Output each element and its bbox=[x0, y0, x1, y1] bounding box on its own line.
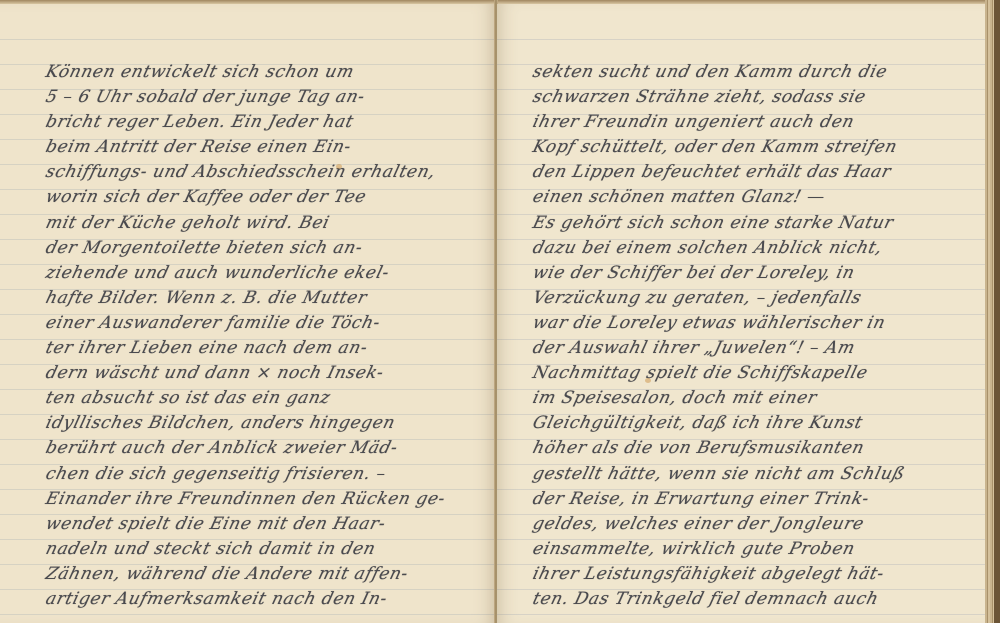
paper-stain bbox=[645, 378, 651, 383]
handwritten-line: der Reise, in Erwartung einer Trink- bbox=[494, 487, 988, 512]
handwritten-line: einsammelte, wirklich gute Proben bbox=[494, 537, 988, 562]
handwritten-line: ihrer Leistungsfähigkeit abgelegt hät- bbox=[494, 562, 988, 587]
handwritten-line: ter ihrer Lieben eine nach dem an- bbox=[0, 336, 498, 361]
handwritten-line: der Morgentoilette bieten sich an- bbox=[0, 236, 498, 261]
handwritten-line: nadeln und steckt sich damit in den bbox=[0, 537, 498, 562]
handwritten-line: hafte Bilder. Wenn z. B. die Mutter bbox=[0, 286, 498, 311]
paper-stain bbox=[336, 164, 342, 169]
handwritten-line: einen schönen matten Glanz! — bbox=[494, 185, 988, 210]
right-page-lines: sekten sucht und den Kamm durch die schw… bbox=[497, 60, 985, 612]
handwritten-line: höher als die von Berufsmusikanten bbox=[494, 436, 988, 461]
handwritten-line: 5 – 6 Uhr sobald der junge Tag an- bbox=[0, 85, 498, 110]
handwritten-line: berührt auch der Anblick zweier Mäd- bbox=[0, 436, 498, 461]
handwritten-line: schiffungs- und Abschiedsschein erhalten… bbox=[0, 160, 498, 185]
handwritten-line: geldes, welches einer der Jongleure bbox=[494, 512, 988, 537]
handwritten-line: mit der Küche geholt wird. Bei bbox=[0, 211, 498, 236]
handwritten-line: gestellt hätte, wenn sie nicht am Schluß bbox=[494, 462, 988, 487]
handwritten-line: einer Auswanderer familie die Töch- bbox=[0, 311, 498, 336]
left-page: Können entwickelt sich schon um 5 – 6 Uh… bbox=[0, 4, 495, 623]
page-fore-edge bbox=[985, 0, 1000, 623]
handwritten-line: ihrer Freundin ungeniert auch den bbox=[494, 110, 988, 135]
handwritten-line: Nachmittag spielt die Schiffskapelle bbox=[494, 361, 988, 386]
handwritten-line: bricht reger Leben. Ein Jeder hat bbox=[0, 110, 498, 135]
handwritten-line: ten absucht so ist das ein ganz bbox=[0, 386, 498, 411]
handwritten-line: dern wäscht und dann × noch Insek- bbox=[0, 361, 498, 386]
handwritten-line: worin sich der Kaffee oder der Tee bbox=[0, 185, 498, 210]
handwritten-line: Es gehört sich schon eine starke Natur bbox=[494, 211, 988, 236]
handwritten-line: der Auswahl ihrer „Juwelen“! – Am bbox=[494, 336, 988, 361]
handwritten-line: artiger Aufmerksamkeit nach den In- bbox=[0, 587, 498, 612]
notebook-spread: Können entwickelt sich schon um 5 – 6 Uh… bbox=[0, 0, 1000, 623]
handwritten-line: Kopf schüttelt, oder den Kamm streifen bbox=[494, 135, 988, 160]
handwritten-line: ziehende und auch wunderliche ekel- bbox=[0, 261, 498, 286]
handwritten-line: wendet spielt die Eine mit den Haar- bbox=[0, 512, 498, 537]
handwritten-line: Verzückung zu geraten, – jedenfalls bbox=[494, 286, 988, 311]
handwritten-line: schwarzen Strähne zieht, sodass sie bbox=[494, 85, 988, 110]
handwritten-line: dazu bei einem solchen Anblick nicht, bbox=[494, 236, 988, 261]
handwritten-line: chen die sich gegenseitig frisieren. – bbox=[0, 462, 498, 487]
handwritten-line: idyllisches Bildchen, anders hingegen bbox=[0, 411, 498, 436]
handwritten-line: im Speisesalon, doch mit einer bbox=[494, 386, 988, 411]
handwritten-line: war die Loreley etwas wählerischer in bbox=[494, 311, 988, 336]
right-page: sekten sucht und den Kamm durch die schw… bbox=[497, 4, 985, 623]
handwritten-line: Einander ihre Freundinnen den Rücken ge- bbox=[0, 487, 498, 512]
handwritten-line: beim Antritt der Reise einen Ein- bbox=[0, 135, 498, 160]
handwritten-line: den Lippen befeuchtet erhält das Haar bbox=[494, 160, 988, 185]
handwritten-line: wie der Schiffer bei der Loreley, in bbox=[494, 261, 988, 286]
handwritten-line: Gleichgültigkeit, daß ich ihre Kunst bbox=[494, 411, 988, 436]
left-page-lines: Können entwickelt sich schon um 5 – 6 Uh… bbox=[0, 60, 495, 612]
handwritten-line: sekten sucht und den Kamm durch die bbox=[494, 60, 988, 85]
handwritten-line: ten. Das Trinkgeld fiel demnach auch bbox=[494, 587, 988, 612]
handwritten-line: Zähnen, während die Andere mit affen- bbox=[0, 562, 498, 587]
handwritten-line: Können entwickelt sich schon um bbox=[0, 60, 498, 85]
